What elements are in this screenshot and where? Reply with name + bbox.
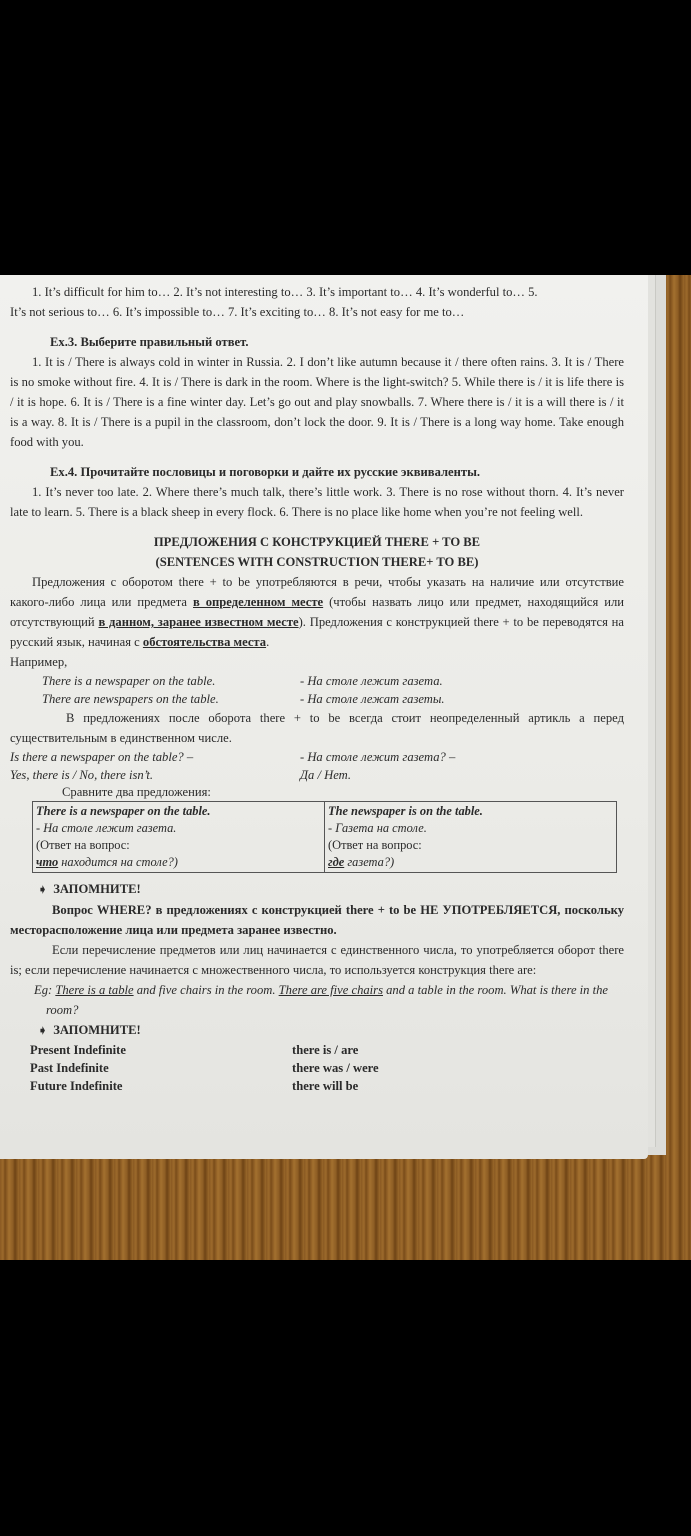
question-word: что xyxy=(36,855,58,869)
question-word: где xyxy=(328,855,344,869)
tense-row: Past Indefinite there was / were xyxy=(10,1059,624,1077)
tense-row: Present Indefinite there is / are xyxy=(10,1041,624,1059)
tense-name: Past Indefinite xyxy=(30,1059,292,1077)
ex2-line1: 1. It’s difficult for him to… 2. It’s no… xyxy=(10,282,624,302)
intro-paragraph: Предложения с оборотом there + to be упо… xyxy=(10,572,624,652)
question-ru: - На столе лежит газета? – xyxy=(300,748,455,766)
question-row: Yes, there is / No, there isn’t. Да / Не… xyxy=(10,766,624,784)
eg-underlined: There is a table xyxy=(55,983,133,997)
section-title-en: (SENTENCES WITH CONSTRUCTION THERE+ TO B… xyxy=(10,552,624,572)
remember-heading: ➧ЗАПОМНИТЕ! xyxy=(10,879,624,900)
question-rest: газета?) xyxy=(344,855,394,869)
compare-question-label: (Ответ на вопрос: xyxy=(36,837,321,854)
example-label: Например, xyxy=(10,652,624,672)
example-row: There is a newspaper on the table. - На … xyxy=(10,672,624,690)
enumeration-rule: Если перечисление предметов или лиц начи… xyxy=(10,940,624,980)
ex4-text: 1. It’s never too late. 2. Where there’s… xyxy=(10,482,624,522)
answer-en: Yes, there is / No, there isn’t. xyxy=(10,766,300,784)
question-row: Is there a newspaper on the table? – - Н… xyxy=(10,748,624,766)
example-ru: - На столе лежат газеты. xyxy=(300,690,445,708)
example-ru: - На столе лежит газета. xyxy=(300,672,443,690)
arrow-icon: ➧ xyxy=(38,884,47,896)
tense-form: there will be xyxy=(292,1077,358,1095)
compare-label: Сравните два предложения: xyxy=(10,784,624,801)
tense-form: there was / were xyxy=(292,1059,379,1077)
ex3-text: 1. It is / There is always cold in winte… xyxy=(10,352,624,452)
ex4-title: Ex.4. Прочитайте пословицы и поговорки и… xyxy=(10,462,624,482)
eg-underlined: There are five chairs xyxy=(279,983,383,997)
compare-question: где газета?) xyxy=(328,854,613,871)
tense-row: Future Indefinite there will be xyxy=(10,1077,624,1095)
ex3-title: Ex.3. Выберите правильный ответ. xyxy=(10,332,624,352)
remember-label: ЗАПОМНИТЕ! xyxy=(53,1023,141,1037)
eg-example: Eg: There is a table and five chairs in … xyxy=(10,980,624,1020)
compare-title: The newspaper is on the table. xyxy=(328,803,613,820)
example-en: There are newspapers on the table. xyxy=(10,690,300,708)
document-photo: 1. It’s difficult for him to… 2. It’s no… xyxy=(0,275,691,1260)
ex2-line2: It’s not serious to… 6. It’s impossible … xyxy=(10,302,624,322)
compare-table: There is a newspaper on the table. - На … xyxy=(32,801,617,873)
remember-heading: ➧ЗАПОМНИТЕ! xyxy=(10,1020,624,1041)
tense-form: there is / are xyxy=(292,1041,358,1059)
tense-name: Future Indefinite xyxy=(30,1077,292,1095)
intro-text: . xyxy=(266,635,269,649)
compare-title: There is a newspaper on the table. xyxy=(36,803,321,820)
eg-text: and five chairs in the room. xyxy=(134,983,279,997)
intro-emphasis: обстоятельства места xyxy=(143,635,266,649)
intro-emphasis: в определенном месте xyxy=(193,595,323,609)
example-en: There is a newspaper on the table. xyxy=(10,672,300,690)
tense-name: Present Indefinite xyxy=(30,1041,292,1059)
intro-emphasis: в данном, заранее известном месте xyxy=(98,615,298,629)
compare-question-label: (Ответ на вопрос: xyxy=(328,837,613,854)
remember-label: ЗАПОМНИТЕ! xyxy=(53,882,141,896)
arrow-icon: ➧ xyxy=(38,1025,47,1037)
compare-translation: - На столе лежит газета. xyxy=(36,820,321,837)
eg-label: Eg: xyxy=(34,983,52,997)
page-content: 1. It’s difficult for him to… 2. It’s no… xyxy=(10,282,624,1095)
question-rest: находится на столе?) xyxy=(58,855,178,869)
compare-translation: - Газета на столе. xyxy=(328,820,613,837)
where-rule: Вопрос WHERE? в предложениях с конструкц… xyxy=(10,900,624,940)
example-row: There are newspapers on the table. - На … xyxy=(10,690,624,708)
compare-cell-right: The newspaper is on the table. - Газета … xyxy=(325,802,617,873)
question-en: Is there a newspaper on the table? – xyxy=(10,748,300,766)
answer-ru: Да / Нет. xyxy=(300,766,351,784)
compare-question: что находится на столе?) xyxy=(36,854,321,871)
section-title-ru: ПРЕДЛОЖЕНИЯ С КОНСТРУКЦИЕЙ THERE + TO BE xyxy=(10,532,624,552)
worksheet-page: 1. It’s difficult for him to… 2. It’s no… xyxy=(0,275,648,1159)
compare-cell-left: There is a newspaper on the table. - На … xyxy=(33,802,325,873)
article-note: В предложениях после оборота there + to … xyxy=(10,708,624,748)
